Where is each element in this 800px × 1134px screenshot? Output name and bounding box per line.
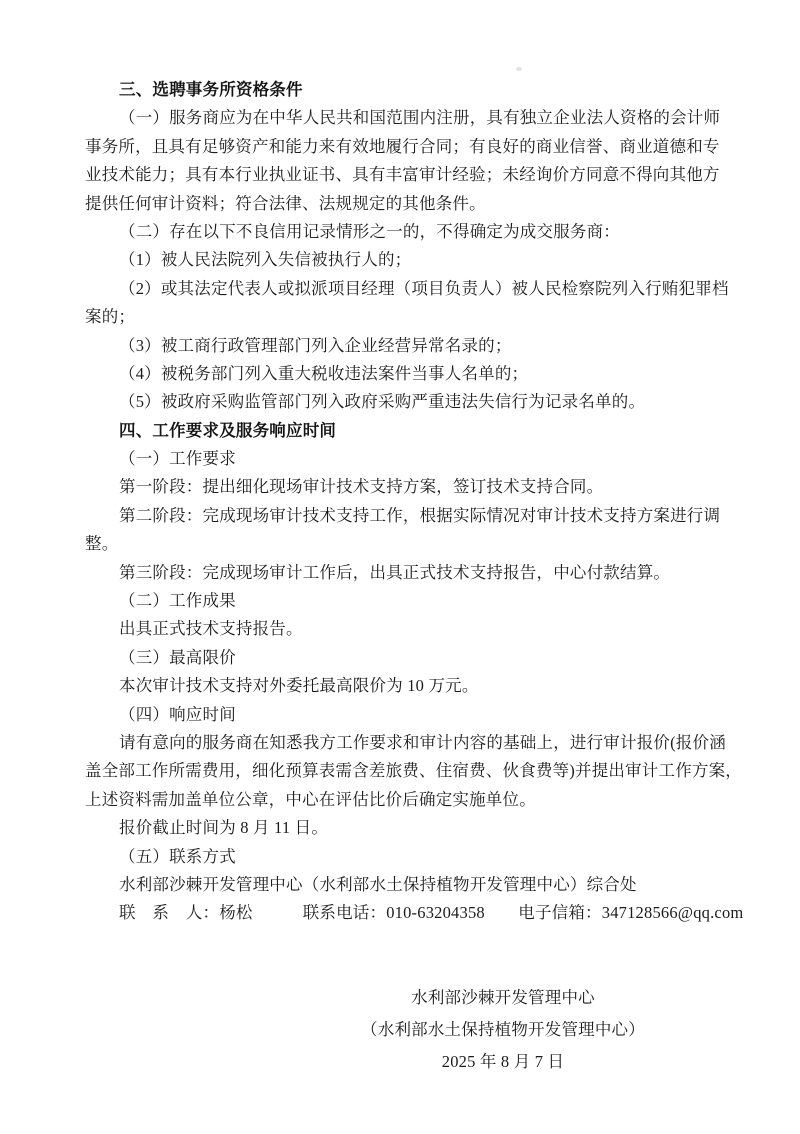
document-text-line: （一）工作要求 xyxy=(85,445,721,473)
signature-org-name: 水利部沙棘开发管理中心 xyxy=(320,982,686,1014)
document-text-line: 第三阶段：完成现场审计工作后，出具正式技术支持报告，中心付款结算。 xyxy=(85,559,721,587)
document-text-line: （二）工作成果 xyxy=(85,587,721,615)
document-text-line: （四）响应时间 xyxy=(85,701,721,729)
document-text-line: 联 系 人：杨松 联系电话：010-63204358 电子信箱：34712856… xyxy=(85,899,721,927)
document-text-line: 出具正式技术支持报告。 xyxy=(85,615,721,643)
document-text-line: 第一阶段：提出细化现场审计技术支持方案，签订技术支持合同。 xyxy=(85,473,721,501)
document-text-line: 第二阶段：完成现场审计技术支持工作，根据实际情况对审计技术支持方案进行调 xyxy=(85,502,721,530)
signature-org-alt-name: （水利部水土保持植物开发管理中心） xyxy=(320,1014,686,1046)
document-text-line: （二）存在以下不良信用记录情形之一的，不得确定为成交服务商： xyxy=(85,218,721,246)
document-text-line: （4）被税务部门列入重大税收违法案件当事人名单的； xyxy=(85,360,721,388)
document-text-line: （1）被人民法院列入失信被执行人的； xyxy=(85,246,721,274)
document-text-line: 案的； xyxy=(85,303,721,331)
document-text-line: 事务所，且具有足够资产和能力来有效地履行合同；有良好的商业信誉、商业道德和专 xyxy=(85,133,721,161)
document-text-line: （5）被政府采购监管部门列入政府采购严重违法失信行为记录名单的。 xyxy=(85,388,721,416)
scan-artifact xyxy=(516,67,522,71)
document-text-line: （2）或其法定代表人或拟派项目经理（项目负责人）被人民检察院列入行贿犯罪档 xyxy=(85,275,721,303)
scanned-document-page: 三、选聘事务所资格条件（一）服务商应为在中华人民共和国范围内注册，具有独立企业法… xyxy=(0,0,800,1134)
document-text-line: （五）联系方式 xyxy=(85,843,721,871)
document-text-line: 业技术能力；具有本行业执业证书、具有丰富审计经验；未经询价方同意不得向其他方 xyxy=(85,161,721,189)
section-heading-line: 三、选聘事务所资格条件 xyxy=(85,76,721,104)
document-text-line: 本次审计技术支持对外委托最高限价为 10 万元。 xyxy=(85,672,721,700)
document-text-line: 水利部沙棘开发管理中心（水利部水土保持植物开发管理中心）综合处 xyxy=(85,871,721,899)
document-text-line: （三）最高限价 xyxy=(85,644,721,672)
document-text-line: 请有意向的服务商在知悉我方工作要求和审计内容的基础上，进行审计报价(报价涵 xyxy=(85,729,721,757)
document-text-line: 上述资料需加盖单位公章，中心在评估比价后确定实施单位。 xyxy=(85,786,721,814)
document-text-line: （3）被工商行政管理部门列入企业经营异常名录的； xyxy=(85,332,721,360)
document-text-line: 整。 xyxy=(85,530,721,558)
document-body: 三、选聘事务所资格条件（一）服务商应为在中华人民共和国范围内注册，具有独立企业法… xyxy=(85,76,721,928)
document-text-line: （一）服务商应为在中华人民共和国范围内注册，具有独立企业法人资格的会计师 xyxy=(85,104,721,132)
document-text-line: 盖全部工作所需费用，细化预算表需含差旅费、住宿费、伙食费等)并提出审计工作方案， xyxy=(85,757,721,785)
signature-block: 水利部沙棘开发管理中心 （水利部水土保持植物开发管理中心） 2025 年 8 月… xyxy=(320,982,686,1078)
document-text-line: 提供任何审计资料；符合法律、法规规定的其他条件。 xyxy=(85,190,721,218)
document-text-line: 报价截止时间为 8 月 11 日。 xyxy=(85,814,721,842)
signature-date: 2025 年 8 月 7 日 xyxy=(320,1046,686,1078)
section-heading-line: 四、工作要求及服务响应时间 xyxy=(85,417,721,445)
